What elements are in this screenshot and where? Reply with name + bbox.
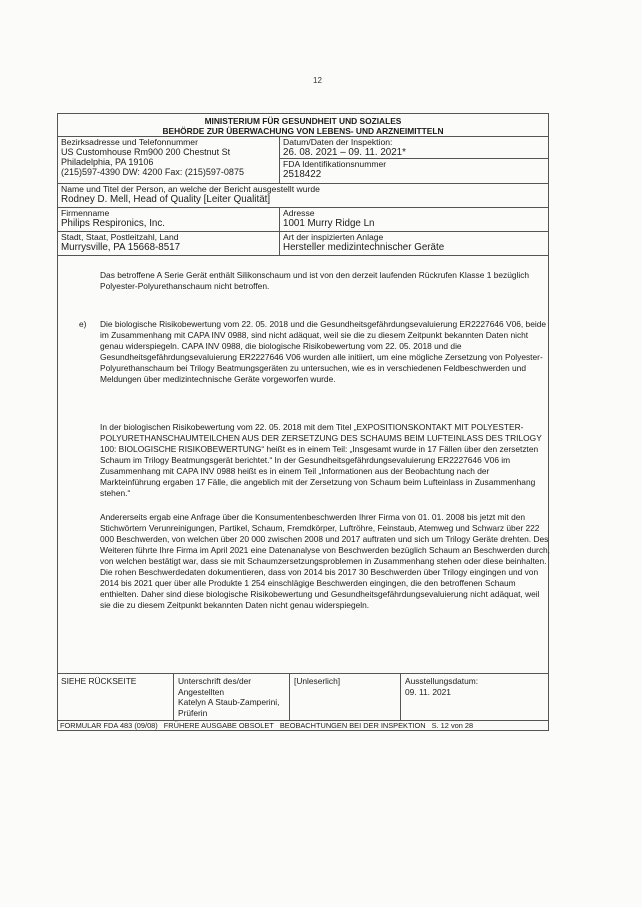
employee-name: Katelyn A Staub-Zamperini, Prüferin [178, 697, 285, 718]
district-line: (215)597-4390 DW: 4200 Fax: (215)597-087… [61, 167, 276, 177]
employee-cell: Unterschrift des/der Angestellten Kately… [174, 674, 290, 721]
recipient-label: Name und Titel der Person, an welche der… [61, 184, 545, 194]
recipient-value: Rodney D. Mell, Head of Quality [Leiter … [61, 194, 545, 205]
facility-type-label: Art der inspizierten Anlage [283, 232, 545, 242]
issue-date-cell: Ausstellungsdatum: 09. 11. 2021 [401, 674, 549, 721]
district-row: Bezirksadresse und Telefonnummer US Cust… [58, 137, 548, 184]
firm-row: Firmenname Philips Respironics, Inc. Adr… [58, 208, 548, 232]
firm-label: Firmenname [61, 208, 276, 218]
city-row: Stadt, Staat, Postleitzahl, Land Murrysv… [58, 232, 548, 256]
obsolete-note: FRÜHERE AUSGABE OBSOLET [164, 721, 274, 731]
city-label: Stadt, Staat, Postleitzahl, Land [61, 232, 276, 242]
agency-title: BEHÖRDE ZUR ÜBERWACHUNG VON LEBENS- UND … [58, 127, 548, 137]
risk-assessment-paragraph: In der biologischen Risikobewertung vom … [100, 422, 550, 499]
see-reverse: SIEHE RÜCKSEITE [57, 674, 174, 721]
fda-id-label: FDA Identifikationsnummer [283, 159, 545, 169]
firm-value: Philips Respironics, Inc. [61, 218, 276, 229]
form-footer: FORMULAR FDA 483 (09/08) FRÜHERE AUSGABE… [57, 720, 549, 731]
recipient-row: Name und Titel der Person, an welche der… [58, 184, 548, 208]
city-value: Murrysville, PA 15668-8517 [61, 242, 276, 253]
item-marker: e) [79, 319, 86, 329]
issue-date-label: Ausstellungsdatum: [405, 676, 545, 687]
district-line: Philadelphia, PA 19106 [61, 157, 276, 167]
issue-date-value: 09. 11. 2021 [405, 687, 545, 698]
form-id: FORMULAR FDA 483 (09/08) [60, 721, 158, 731]
signature-row: SIEHE RÜCKSEITE Unterschrift des/der Ang… [57, 673, 549, 721]
finding-e-paragraph: Die biologische Risikobewertung vom 22. … [100, 319, 550, 385]
footer-page: S. 12 von 28 [432, 721, 474, 731]
address-value: 1001 Murry Ridge Ln [283, 218, 545, 229]
footer-title: BEOBACHTUNGEN BEI DER INSPEKTION [280, 721, 426, 731]
signature-value: [Unleserlich] [290, 674, 401, 721]
district-label: Bezirksadresse und Telefonnummer [61, 137, 276, 147]
intro-paragraph: Das betroffene A Serie Gerät enthält Sil… [100, 270, 550, 292]
inspection-dates-label: Datum/Daten der Inspektion: [283, 137, 545, 147]
inspection-dates-value: 26. 08. 2021 – 09. 11. 2021* [283, 147, 545, 158]
fda-id-value: 2518422 [283, 169, 545, 180]
form-header: MINISTERIUM FÜR GESUNDHEIT UND SOZIALES … [58, 114, 548, 137]
complaints-paragraph: Andererseits ergab eine Anfrage über die… [100, 512, 550, 611]
page-number: 12 [313, 76, 322, 85]
employee-label: Unterschrift des/der Angestellten [178, 676, 285, 697]
district-line: US Customhouse Rm900 200 Chestnut St [61, 147, 276, 157]
facility-type-value: Hersteller medizintechnischer Geräte [283, 242, 545, 253]
address-label: Adresse [283, 208, 545, 218]
